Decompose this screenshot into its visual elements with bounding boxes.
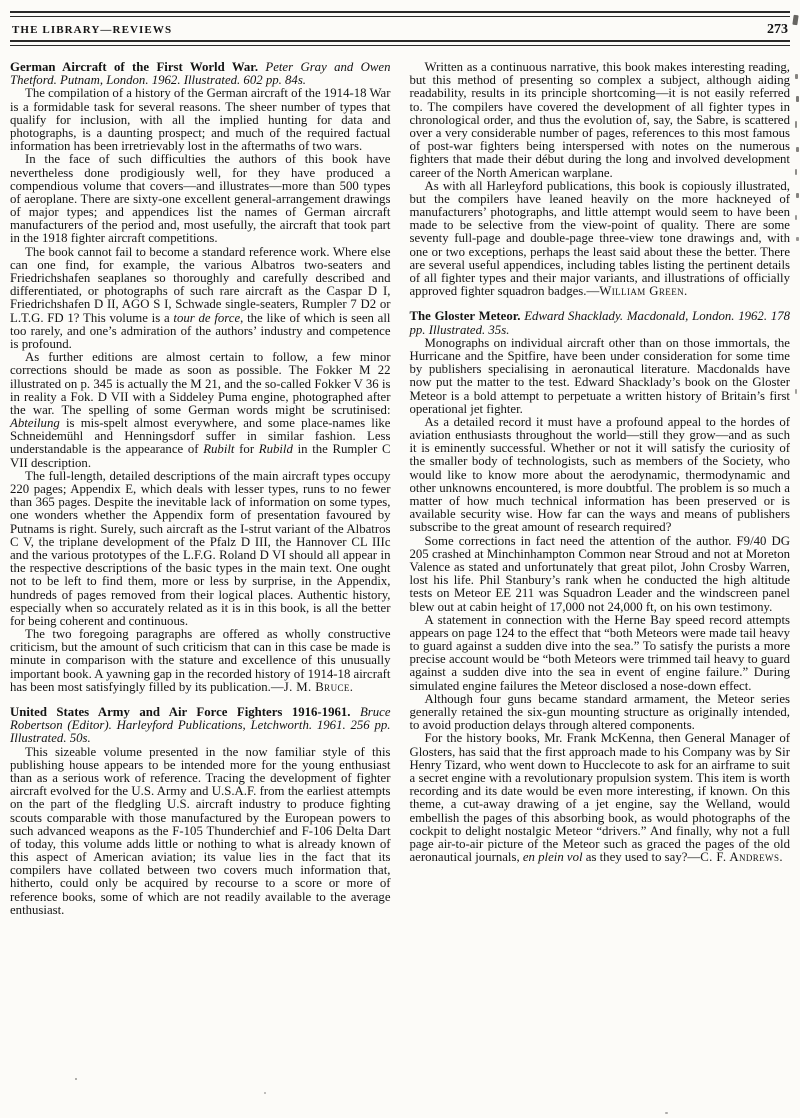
journal-page: THE LIBRARY—REVIEWS 273 German Aircraft … [0, 0, 800, 1118]
body-text: Monographs on individual aircraft other … [410, 336, 791, 416]
body-text: For the history books, Mr. Frank McKenna… [410, 731, 791, 864]
italic-text: Rubild [259, 442, 293, 456]
body-text: As further editions are almost certain t… [10, 350, 391, 417]
body-text: The compilation of a history of the Germ… [10, 86, 391, 153]
review-paragraph: As further editions are almost certain t… [10, 351, 391, 470]
two-column-text-area: German Aircraft of the First World War. … [0, 46, 800, 917]
review-heading: The Gloster Meteor. Edward Shacklady. Ma… [410, 310, 791, 336]
review-paragraph: The compilation of a history of the Germ… [10, 87, 391, 153]
scan-speck [796, 96, 799, 102]
review-paragraph: As a detailed record it must have a prof… [410, 416, 791, 535]
review-paragraph: The two foregoing paragraphs are offered… [10, 628, 391, 694]
scan-speck [796, 193, 799, 198]
review-paragraph: As with all Harleyford publications, thi… [410, 180, 791, 299]
body-text: Although four guns became standard armam… [410, 692, 791, 732]
left-column: German Aircraft of the First World War. … [10, 61, 391, 917]
review-paragraph: Although four guns became standard armam… [410, 693, 791, 733]
review-heading: United States Army and Air Force Fighter… [10, 706, 391, 746]
review-paragraph: Monographs on individual aircraft other … [410, 337, 791, 416]
page-number: 273 [767, 22, 788, 38]
body-text: for [234, 442, 258, 456]
scan-speck [264, 1092, 266, 1094]
book-title: United States Army and Air Force Fighter… [10, 705, 350, 719]
body-text: as they used to say?— [583, 850, 701, 864]
review-paragraph: A statement in connection with the Herne… [410, 614, 791, 693]
body-text: Some corrections in fact need the attent… [410, 534, 791, 614]
review-paragraph: In the face of such difficulties the aut… [10, 153, 391, 245]
reviewer-signature: William Green. [599, 284, 687, 298]
book-title: The Gloster Meteor. [410, 309, 521, 323]
scan-speck [75, 1078, 77, 1080]
italic-text: tour de force [173, 311, 240, 325]
italic-text: Rubilt [203, 442, 234, 456]
header-row: THE LIBRARY—REVIEWS 273 [10, 17, 790, 40]
body-text: This sizeable volume presented in the no… [10, 745, 391, 917]
page-header: THE LIBRARY—REVIEWS 273 [0, 0, 800, 46]
running-title: THE LIBRARY—REVIEWS [12, 24, 172, 36]
scan-speck [796, 147, 799, 152]
scan-speck [665, 1112, 668, 1114]
scan-speck [795, 215, 797, 220]
scan-speck [795, 74, 798, 79]
review-paragraph: Written as a continuous narrative, this … [410, 61, 791, 180]
body-text: As with all Harleyford publications, thi… [410, 179, 791, 299]
review-heading: German Aircraft of the First World War. … [10, 61, 391, 87]
body-text: As a detailed record it must have a prof… [410, 415, 791, 535]
reviewer-signature: C. F. Andrews. [700, 850, 783, 864]
italic-text: en plein vol [523, 850, 583, 864]
body-text: Written as a continuous narrative, this … [410, 60, 791, 180]
body-text: A statement in connection with the Herne… [410, 613, 791, 693]
review-paragraph: The book cannot fail to become a standar… [10, 246, 391, 352]
scan-speck [795, 389, 797, 394]
body-text: The full-length, detailed descriptions o… [10, 469, 391, 628]
italic-text: Abteilung [10, 416, 60, 430]
review-paragraph: This sizeable volume presented in the no… [10, 746, 391, 917]
right-column: Written as a continuous narrative, this … [410, 61, 791, 917]
review-paragraph: The full-length, detailed descriptions o… [10, 470, 391, 628]
review-paragraph: For the history books, Mr. Frank McKenna… [410, 732, 791, 864]
reviewer-signature: J. M. Bruce. [284, 680, 354, 694]
scan-speck [796, 237, 799, 241]
body-text: In the face of such difficulties the aut… [10, 152, 391, 245]
review-paragraph: Some corrections in fact need the attent… [410, 535, 791, 614]
book-title: German Aircraft of the First World War. [10, 60, 258, 74]
scan-speck [795, 121, 797, 128]
scan-speck [795, 169, 797, 175]
